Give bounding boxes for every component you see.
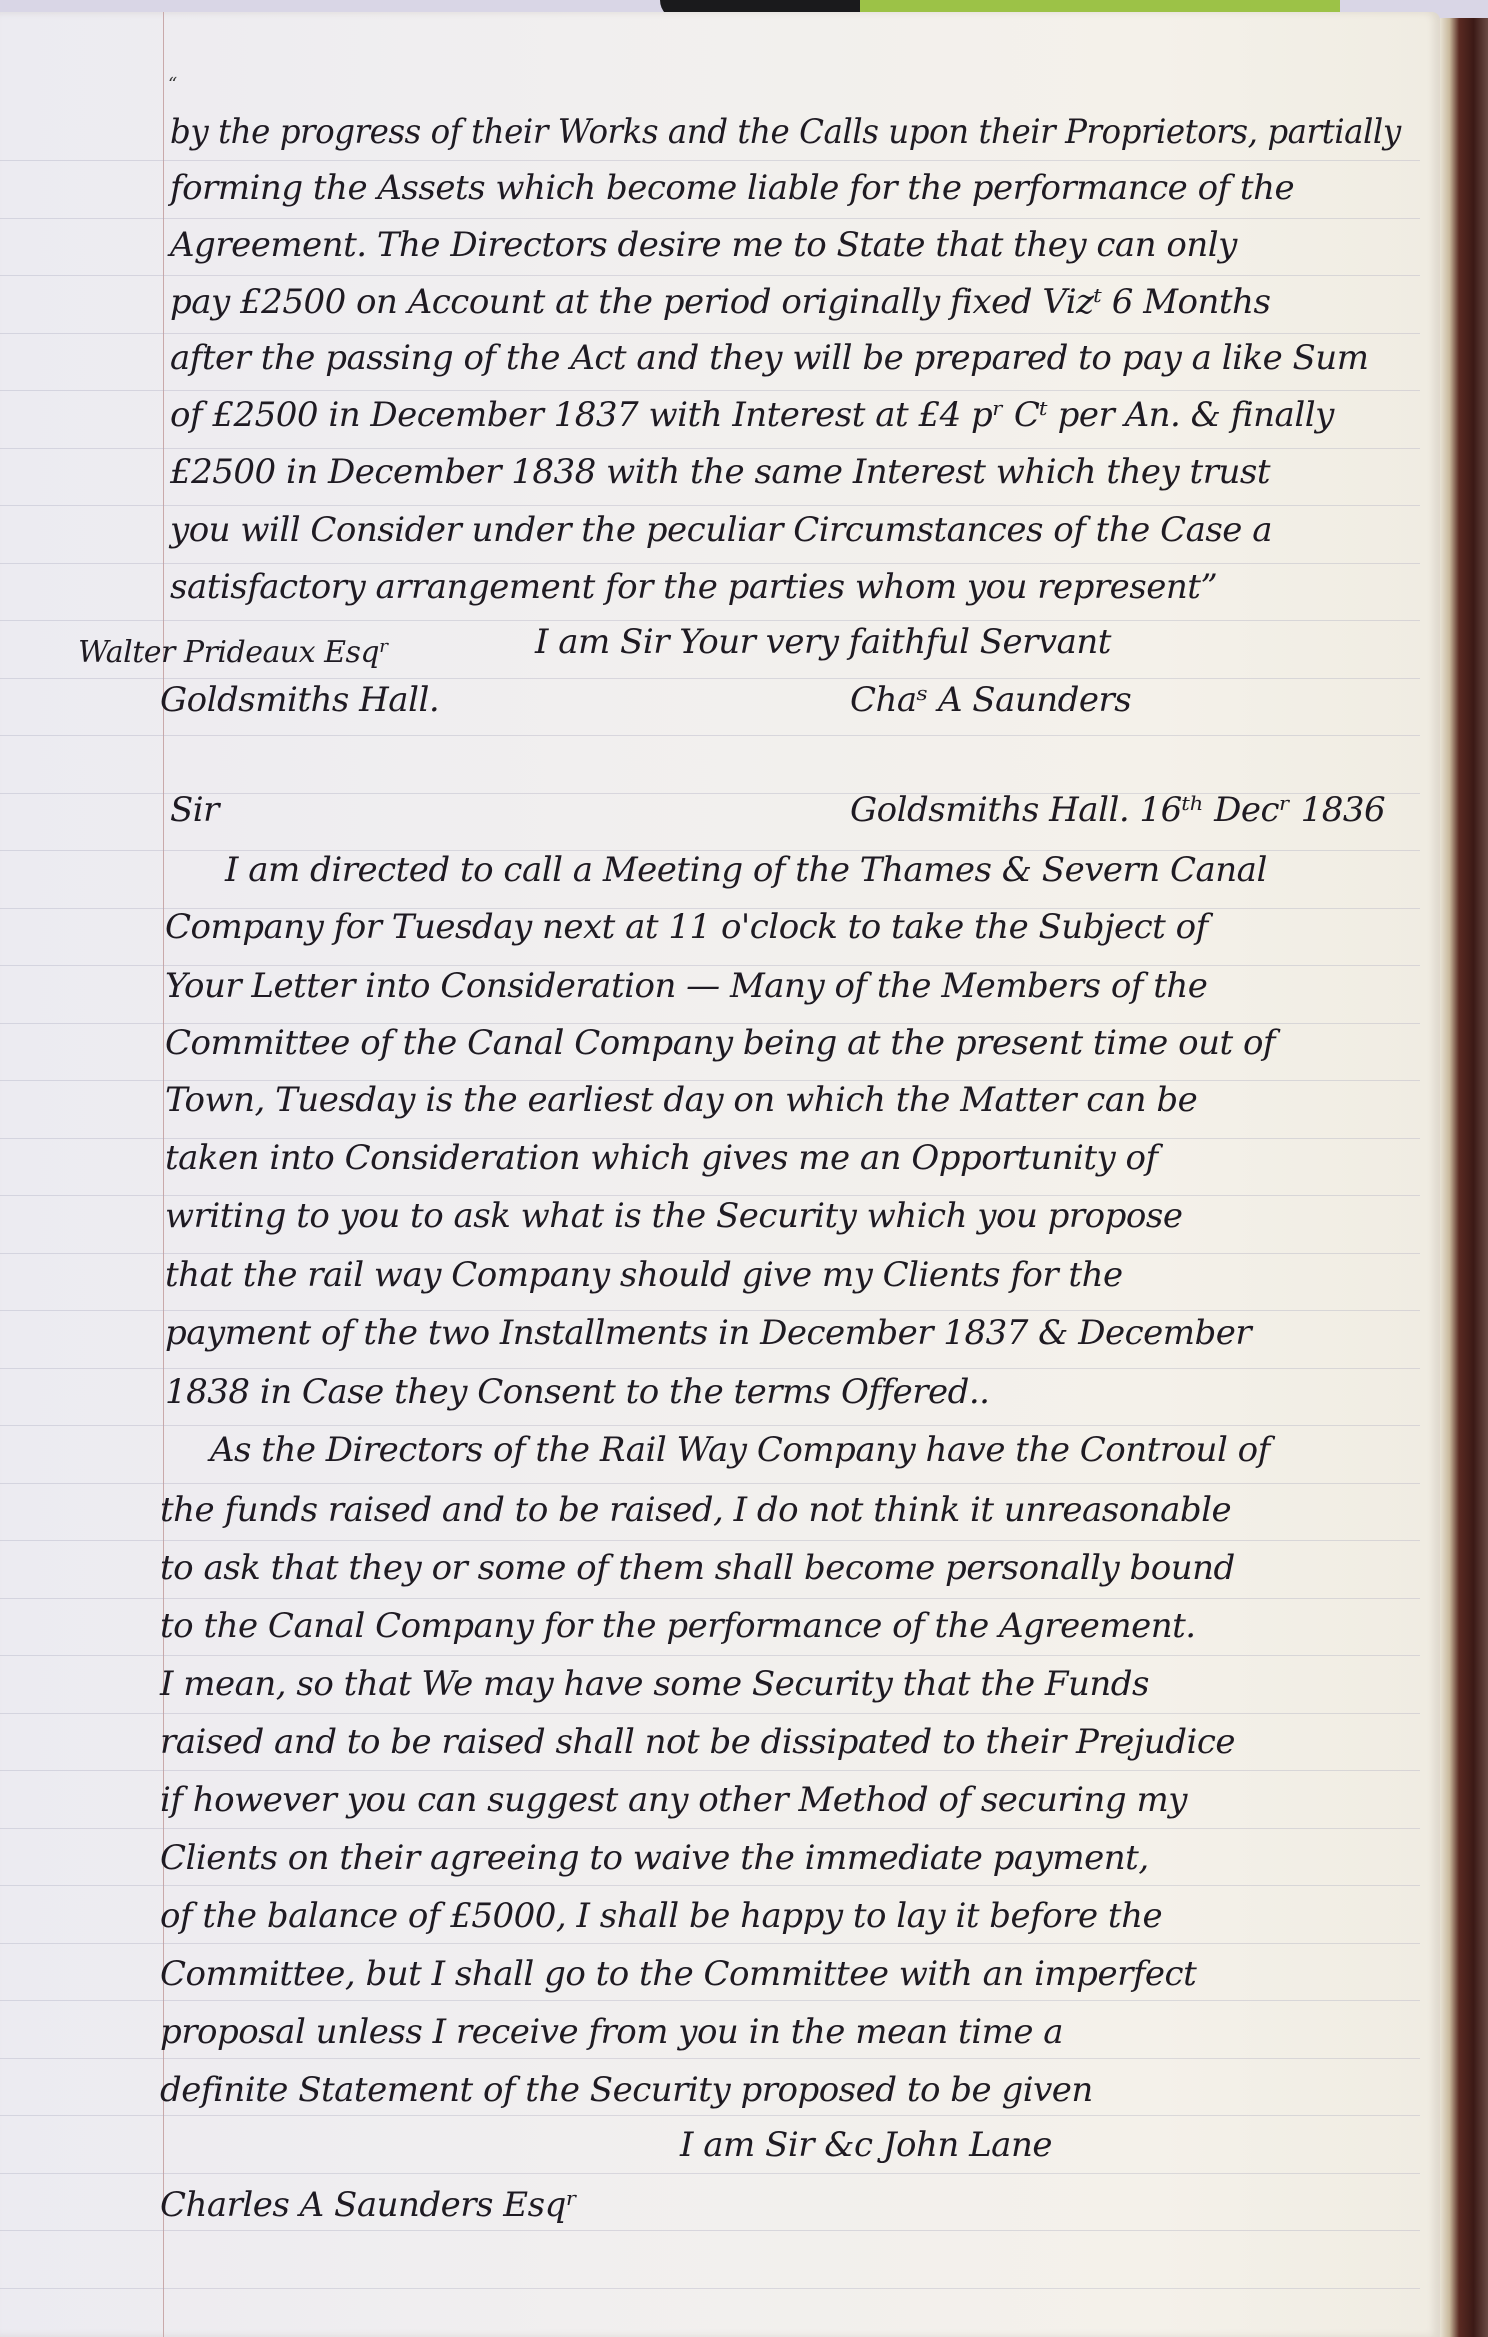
ruled-line bbox=[0, 505, 1420, 506]
ruled-line bbox=[0, 1540, 1420, 1541]
letter1-closing: I am Sir Your very faithful Servant bbox=[535, 622, 1111, 662]
letter1-line: after the passing of the Act and they wi… bbox=[170, 338, 1368, 378]
letter2-line: Committee of the Canal Company being at … bbox=[165, 1023, 1275, 1063]
letter2-line: that the rail way Company should give my… bbox=[165, 1255, 1123, 1295]
ruled-line bbox=[0, 620, 1420, 621]
ruled-line bbox=[0, 1598, 1420, 1599]
letter2-paragraph2-line: proposal unless I receive from you in th… bbox=[160, 2012, 1063, 2052]
letter2-line: Your Letter into Consideration — Many of… bbox=[165, 966, 1207, 1006]
letter2-paragraph2-line: As the Directors of the Rail Way Company… bbox=[210, 1430, 1270, 1470]
ruled-line bbox=[0, 333, 1420, 334]
letter2-paragraph2-line: if however you can suggest any other Met… bbox=[160, 1780, 1187, 1820]
letter2-line: payment of the two Installments in Decem… bbox=[165, 1313, 1251, 1353]
letter1-addressee-place: Goldsmiths Hall. bbox=[160, 680, 439, 720]
letter1-line: satisfactory arrangement for the parties… bbox=[170, 567, 1217, 607]
letter1-signature: Chaˢ A Saunders bbox=[850, 680, 1131, 720]
ruled-line bbox=[0, 1425, 1420, 1426]
ruled-line bbox=[0, 2115, 1420, 2116]
letter2-paragraph2-line: the funds raised and to be raised, I do … bbox=[160, 1490, 1231, 1530]
letter1-line: £2500 in December 1838 with the same Int… bbox=[170, 452, 1270, 492]
ruled-line bbox=[0, 160, 1420, 161]
ruled-line bbox=[0, 1655, 1420, 1656]
letter2-closing: I am Sir &c John Lane bbox=[680, 2125, 1052, 2165]
ruled-line bbox=[0, 1770, 1420, 1771]
letter1-line: by the progress of their Works and the C… bbox=[170, 112, 1355, 152]
ruled-line bbox=[0, 218, 1420, 219]
letter2-line: Company for Tuesday next at 11 o'clock t… bbox=[165, 907, 1208, 947]
letter2-line: 1838 in Case they Consent to the terms O… bbox=[165, 1372, 989, 1412]
ruled-line bbox=[0, 1310, 1420, 1311]
ruled-line bbox=[0, 735, 1420, 736]
letter1-line: forming the Assets which become liable f… bbox=[170, 168, 1294, 208]
letter2-salutation: Sir bbox=[170, 790, 219, 830]
ruled-line bbox=[0, 1943, 1420, 1944]
letter2-paragraph2-line: Committee, but I shall go to the Committ… bbox=[160, 1954, 1196, 1994]
book-binding-edge bbox=[1440, 18, 1488, 2337]
ruled-line bbox=[0, 2000, 1420, 2001]
letter1-addressee-name: Walter Prideaux Esqʳ bbox=[78, 635, 389, 670]
ruled-line bbox=[0, 1885, 1420, 1886]
letter2-line: writing to you to ask what is the Securi… bbox=[165, 1196, 1182, 1236]
letter2-paragraph2-line: of the balance of £5000, I shall be happ… bbox=[160, 1896, 1162, 1936]
letter2-line: taken into Consideration which gives me … bbox=[165, 1138, 1158, 1178]
letter2-paragraph2-line: I mean, so that We may have some Securit… bbox=[160, 1664, 1149, 1704]
letter2-addressee: Charles A Saunders Esqʳ bbox=[160, 2185, 577, 2225]
ruled-line bbox=[0, 2058, 1420, 2059]
ruled-line bbox=[0, 678, 1420, 679]
letter1-line: pay £2500 on Account at the period origi… bbox=[170, 282, 1270, 322]
ruled-line bbox=[0, 2173, 1420, 2174]
ruled-line bbox=[0, 390, 1420, 391]
letter1-line: you will Consider under the peculiar Cir… bbox=[170, 510, 1272, 550]
letter2-paragraph2-line: Clients on their agreeing to waive the i… bbox=[160, 1838, 1149, 1878]
ruled-line bbox=[0, 1368, 1420, 1369]
ruled-line bbox=[0, 1828, 1420, 1829]
opening-quote-mark: “ bbox=[168, 74, 177, 95]
ruled-line bbox=[0, 2288, 1420, 2289]
ruled-line bbox=[0, 448, 1420, 449]
ruled-line bbox=[0, 563, 1420, 564]
letter1-line: of £2500 in December 1837 with Interest … bbox=[170, 395, 1334, 435]
letter2-paragraph2-line: to ask that they or some of them shall b… bbox=[160, 1548, 1235, 1588]
letter2-line: Town, Tuesday is the earliest day on whi… bbox=[165, 1080, 1197, 1120]
ruled-line bbox=[0, 1483, 1420, 1484]
letter2-line: I am directed to call a Meeting of the T… bbox=[225, 850, 1267, 890]
letter1-line: Agreement. The Directors desire me to St… bbox=[170, 225, 1237, 265]
ruled-line bbox=[0, 1713, 1420, 1714]
ruled-line bbox=[0, 2230, 1420, 2231]
letter2-paragraph2-line: raised and to be raised shall not be dis… bbox=[160, 1722, 1235, 1762]
ruled-line bbox=[0, 275, 1420, 276]
letter2-dateline: Goldsmiths Hall. 16ᵗʰ Decʳ 1836 bbox=[850, 790, 1385, 830]
ruled-line bbox=[0, 1253, 1420, 1254]
letter2-paragraph2-line: to the Canal Company for the performance… bbox=[160, 1606, 1196, 1646]
letter2-paragraph2-line: definite Statement of the Security propo… bbox=[160, 2070, 1093, 2110]
